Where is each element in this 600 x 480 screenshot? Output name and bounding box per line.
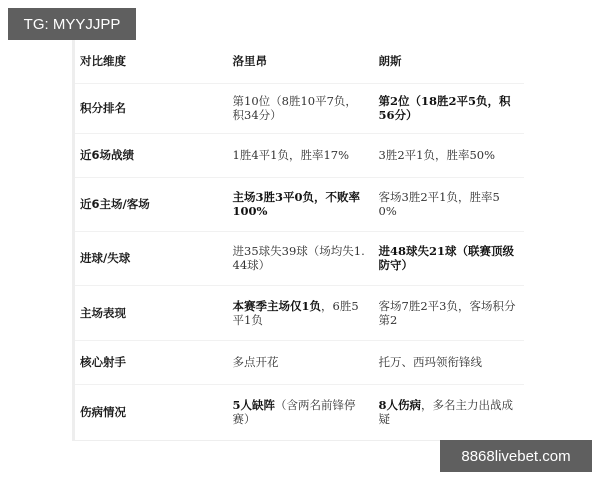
table-row-goals: 进球/失球 进35球失39球（场均失1.44球） 进48球失21球（联赛顶级防守… bbox=[74, 231, 524, 285]
cell-lorient: 多点开花 bbox=[227, 340, 373, 384]
watermark-website: 8868livebet.com bbox=[440, 440, 592, 472]
cell-lorient: 本赛季主场仅1负，6胜5平1负 bbox=[227, 285, 373, 340]
cell-lens: 客场7胜2平3负，客场积分第2 bbox=[373, 285, 524, 340]
header-dimension: 对比维度 bbox=[74, 40, 227, 83]
table-row-ranking: 积分排名 第10位（8胜10平7负，积34分） 第2位（18胜2平5负，积56分… bbox=[74, 83, 524, 133]
table-row-top-scorers: 核心射手 多点开花 托万、西玛领衔锋线 bbox=[74, 340, 524, 384]
row-label: 进球/失球 bbox=[74, 231, 227, 285]
row-label: 核心射手 bbox=[74, 340, 227, 384]
row-label: 近6主场/客场 bbox=[74, 177, 227, 231]
cell-lorient: 主场3胜3平0负，不败率100% bbox=[227, 177, 373, 231]
cell-lorient: 5人缺阵（含两名前锋停赛） bbox=[227, 384, 373, 440]
cell-bold-part: 本赛季主场仅1负 bbox=[233, 299, 322, 313]
row-label: 积分排名 bbox=[74, 83, 227, 133]
table-row-home-away: 近6主场/客场 主场3胜3平0负，不败率100% 客场3胜2平1负，胜率50% bbox=[74, 177, 524, 231]
row-label: 主场表现 bbox=[74, 285, 227, 340]
cell-lens: 8人伤病，多名主力出战成疑 bbox=[373, 384, 524, 440]
cell-lorient: 1胜4平1负，胜率17% bbox=[227, 133, 373, 177]
cell-lens: 第2位（18胜2平5负，积56分） bbox=[373, 83, 524, 133]
table-row-injuries: 伤病情况 5人缺阵（含两名前锋停赛） 8人伤病，多名主力出战成疑 bbox=[74, 384, 524, 440]
cell-bold-part: 5人缺阵 bbox=[233, 398, 276, 412]
row-label: 伤病情况 bbox=[74, 384, 227, 440]
row-label: 近6场战绩 bbox=[74, 133, 227, 177]
header-team-lens: 朗斯 bbox=[373, 40, 524, 83]
cell-lens: 进48球失21球（联赛顶级防守） bbox=[373, 231, 524, 285]
cell-lens: 托万、西玛领衔锋线 bbox=[373, 340, 524, 384]
cell-lorient: 进35球失39球（场均失1.44球） bbox=[227, 231, 373, 285]
table-row-home-performance: 主场表现 本赛季主场仅1负，6胜5平1负 客场7胜2平3负，客场积分第2 bbox=[74, 285, 524, 340]
comparison-table-container: 对比维度 洛里昂 朗斯 积分排名 第10位（8胜10平7负，积34分） 第2位（… bbox=[72, 40, 522, 441]
comparison-table: 对比维度 洛里昂 朗斯 积分排名 第10位（8胜10平7负，积34分） 第2位（… bbox=[72, 40, 524, 441]
cell-bold-part: 8人伤病 bbox=[379, 398, 422, 412]
table-row-recent-form: 近6场战绩 1胜4平1负，胜率17% 3胜2平1负，胜率50% bbox=[74, 133, 524, 177]
cell-lens: 3胜2平1负，胜率50% bbox=[373, 133, 524, 177]
table-header-row: 对比维度 洛里昂 朗斯 bbox=[74, 40, 524, 83]
watermark-telegram: TG: MYYJJPP bbox=[8, 8, 136, 40]
cell-lens: 客场3胜2平1负，胜率50% bbox=[373, 177, 524, 231]
header-team-lorient: 洛里昂 bbox=[227, 40, 373, 83]
cell-lorient: 第10位（8胜10平7负，积34分） bbox=[227, 83, 373, 133]
